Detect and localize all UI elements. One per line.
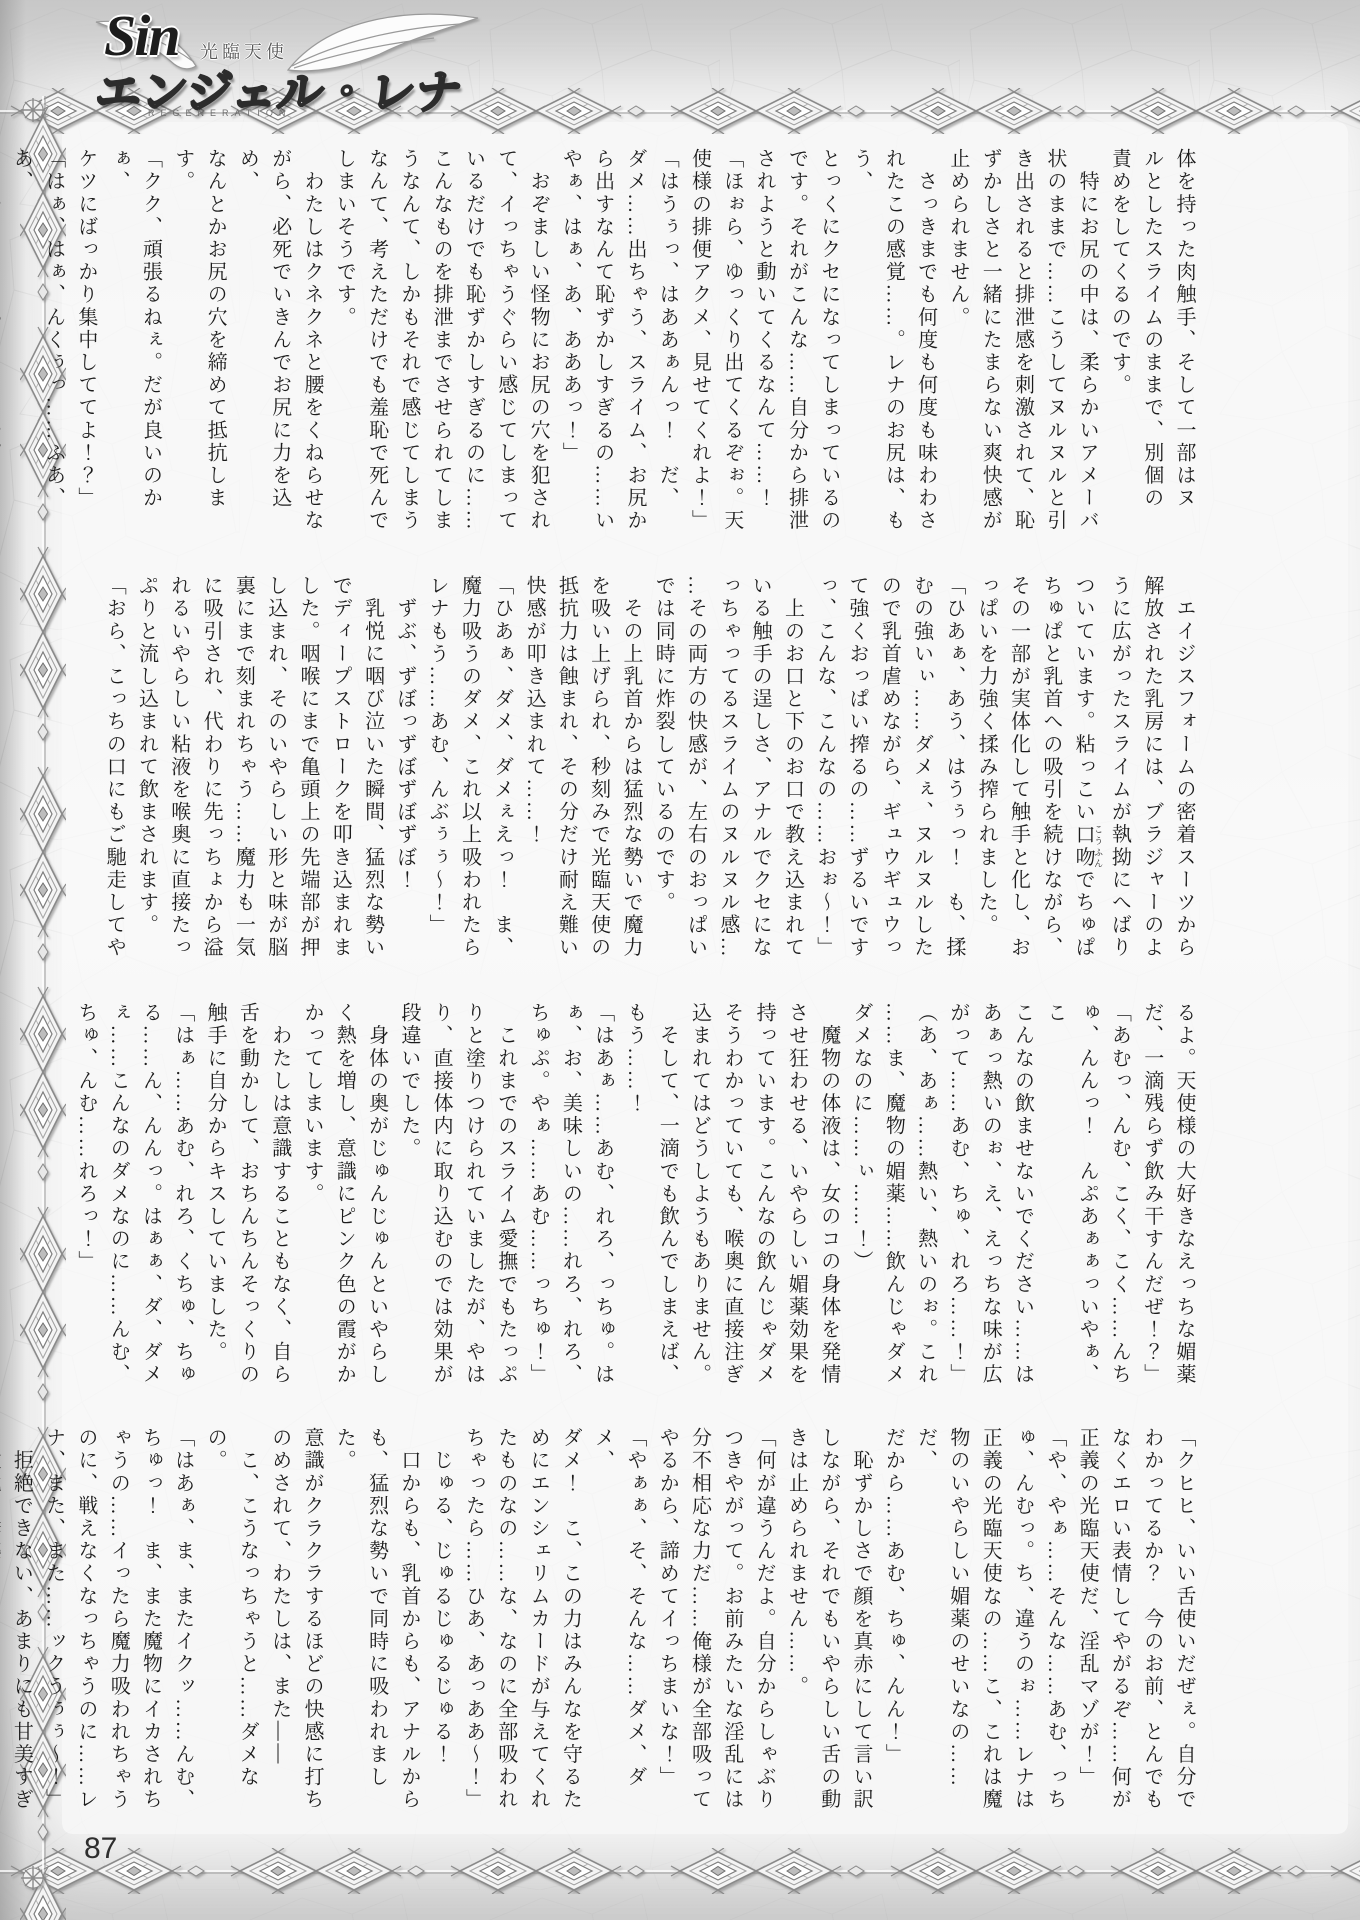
text-line: がら、必死でいきんでお尻に力を込め、 xyxy=(231,148,296,546)
text-line: 舌を動かして、おちんちんそっくりの xyxy=(231,1002,263,1400)
text-line: 「クヒヒ、いい舌使いだぜぇ。自分で xyxy=(1168,1427,1200,1825)
text-line: に吸引され、代わりに先っちょから溢 xyxy=(195,575,227,973)
logo-subtitle-text: REGENERATION xyxy=(148,108,291,118)
book-page: Sin 光臨天使 エンジェル・レナ REGENERATION 体を持った肉触手、… xyxy=(0,0,1360,1920)
text-line: 乳悦に咽び泣いた瞬間、猛烈な勢い xyxy=(356,575,388,973)
text-line: いる触手の逞しさ、アナルでクセにな xyxy=(744,575,776,973)
text-line: 解放された乳房には、ブラジャーのよ xyxy=(1135,575,1167,973)
text-line: とっくにクセになってしまっているの xyxy=(812,148,844,546)
text-line: 「あむっ、んむ、こく、こく……んち xyxy=(1103,1002,1135,1400)
text-line: るよ。天使様の大好きなえっちな媚薬 xyxy=(1168,1002,1200,1400)
ornament-bottom-border xyxy=(0,1848,1360,1894)
text-line: なんて、考えただけでも羞恥で死んで xyxy=(360,148,392,546)
text-line: つきやがって。お前みたいな淫乱には xyxy=(716,1427,748,1825)
text-line: 止められません。 xyxy=(942,148,974,546)
text-line: ああっ！？ やぁ、お、おっぱいも…… xyxy=(0,148,5,546)
text-line: 「はぁ……あむ、れろ、くちゅ、ちゅ xyxy=(167,1002,199,1400)
text-line: がって……あむ、ちゅ、れろ……！」 xyxy=(942,1002,974,1400)
page-number: 87 xyxy=(84,1832,117,1866)
text-line: りと塗りつけられていましたが、やは xyxy=(457,1002,489,1400)
text-line: 体を持った肉触手、そして一部はヌ xyxy=(1168,148,1200,546)
text-line: 「やぁぁ、そ、そんな……ダメ、ダメ、 xyxy=(586,1427,651,1825)
text-line: 「ひあぁ、あう、はうぅっ！ も、揉 xyxy=(938,575,970,973)
text-line: 「クク、頑張るねぇ。だが良いのかぁ、 xyxy=(102,148,167,546)
text-line: だ、一滴残らず飲み干すんだぜ！？」 xyxy=(1135,1002,1167,1400)
text-line: うに広がったスライムが執拗にへばり xyxy=(1103,575,1135,973)
text-line: しながら、それでもいやらしい舌の動 xyxy=(812,1427,844,1825)
text-line: 「はうぅっ、はああぁんっ！ だ、 xyxy=(651,148,683,546)
text-line: もう……！ xyxy=(619,1002,651,1400)
text-line: しまいそうです。 xyxy=(328,148,360,546)
text-band-3: るよ。天使様の大好きなえっちな媚薬だ、一滴残らず飲み干すんだぜ！？」「あむっ、ん… xyxy=(100,1002,1200,1400)
text-line: 正義の光臨天使だ、淫乱マゾが！」 xyxy=(1071,1427,1103,1825)
text-line: 魔物の体液は、女のコの身体を発情 xyxy=(812,1002,844,1400)
text-line: 分不相応な力だ……俺様が全部吸って xyxy=(683,1427,715,1825)
text-line: されようと動いてくるなんて……！ xyxy=(748,148,780,546)
text-line: たものなの……な、なのに全部吸われ xyxy=(489,1427,521,1825)
text-line: ちゅぱと乳首への吸引を続けながら、 xyxy=(1035,575,1067,973)
text-line: そして、一滴でも飲んでしまえば、 xyxy=(651,1002,683,1400)
text-line: 抵抗力は蝕まれ、その分だけ耐え難い xyxy=(550,575,582,973)
text-line: じゅる、じゅるじゅるじゅる！ xyxy=(425,1427,457,1825)
text-line: ゅ、んむっ。ち、違うのぉ……レナは xyxy=(1006,1427,1038,1825)
text-line: 持っています。こんなの飲んじゃダメ xyxy=(748,1002,780,1400)
text-line: きは止められません……。 xyxy=(780,1427,812,1825)
text-line: 段違いでした。 xyxy=(393,1002,425,1400)
text-line: ちゅぷ。やぁ……あむ……っちゅ！」 xyxy=(522,1002,554,1400)
text-line: でディープストロークを叩き込まれま xyxy=(324,575,356,973)
text-line: 「ほぉら、ゆっくり出てくるぞぉ。天 xyxy=(716,148,748,546)
text-line: 「はあぁ、ま、またイクッ……んむ、 xyxy=(167,1427,199,1825)
text-line: いるだけでも恥ずかしすぎるのに…… xyxy=(457,148,489,546)
text-line: 触手に自分からキスしていました。 xyxy=(199,1002,231,1400)
text-line: おぞましい怪物にお尻の穴を犯され xyxy=(522,148,554,546)
text-line: 使様の排便アクメ、見せてくれよ！」 xyxy=(683,148,715,546)
text-line: めにエンシェリムカードが与えてくれ xyxy=(522,1427,554,1825)
text-line: 「や、やぁ……そんな……あむ、っち xyxy=(1039,1427,1071,1825)
text-line: ダメ……出ちゃう、スライム、お尻か xyxy=(619,148,651,546)
text-line: ので乳首虐めながら、ギュウギュウっ xyxy=(873,575,905,973)
text-line: ずぶ、ずぼっずぼずぼずぼ！ xyxy=(389,575,421,973)
text-line: 拒絶できない、あまりにも甘美すぎ xyxy=(5,1427,37,1825)
text-line: だから……あむ、ちゅ、んん！」 xyxy=(877,1427,909,1825)
text-line: ついています。粘っこい口吻こうふんでちゅぱ xyxy=(1067,575,1103,973)
text-line: 「はあぁ……あむ、れろ、っちゅ。は xyxy=(586,1002,618,1400)
text-line: むの強いぃ……ダメぇ、ヌルヌルした xyxy=(905,575,937,973)
text-line: うなんて、しかもそれで感じてしまう xyxy=(393,148,425,546)
text-line: ら出すなんて恥ずかしすぎるの……い xyxy=(586,148,618,546)
text-line: ちゃったら……ひあ、あっああ～！」 xyxy=(457,1427,489,1825)
text-line: これまでのスライム愛撫でもたっぷ xyxy=(489,1002,521,1400)
text-line: っちゃってるスライムのヌルヌル感… xyxy=(712,575,744,973)
text-line: 裏にまで刻まれちゃう……魔力も一気 xyxy=(227,575,259,973)
text-line: （あ、あぁ……熱い、熱いのぉ。これ xyxy=(909,1002,941,1400)
text-line: こんなものを排泄までさせられてしま xyxy=(425,148,457,546)
text-line: し込まれ、そのいやらしい形と味が脳 xyxy=(259,575,291,973)
text-line: ルとしたスライムのままで、別個の xyxy=(1135,148,1167,546)
text-line: です。それがこんな……自分から排泄 xyxy=(780,148,812,546)
text-line: あぁっ熱いのぉ、え、えっちな味が広 xyxy=(974,1002,1006,1400)
text-line: 恥ずかしさで顔を真赤にして言い訳 xyxy=(845,1427,877,1825)
text-line: 快感が叩き込まれて……！ xyxy=(518,575,550,973)
text-line: 「はぁ、はぁ、んくぅっ……ふあ、あ、 xyxy=(5,148,70,546)
text-line: 意識がクラクラするほどの快感に打ち xyxy=(296,1427,328,1825)
text-line: ずかしさと一緒にたまらない爽快感が xyxy=(974,148,1006,546)
text-band-2: エイジスフォームの密着スーツから解放された乳房には、ブラジャーのように広がったス… xyxy=(100,575,1200,973)
text-line: やぁ、はぁ、あ、あああっ！」 xyxy=(554,148,586,546)
text-line: ケツにばっかり集中しててよ！？」 xyxy=(70,148,102,546)
text-line: き出されると排泄感を刺激されて、恥 xyxy=(1006,148,1038,546)
text-line: やるから、諦めてイっちまいな！」 xyxy=(651,1427,683,1825)
text-line: ダメ！ こ、この力はみんなを守るた xyxy=(554,1427,586,1825)
text-line: わたしはクネクネと腰をくねらせな xyxy=(296,148,328,546)
text-line: 身体の奥がじゅんじゅんといやらし xyxy=(360,1002,392,1400)
text-line: 物のいやらしい媚薬のせいなの……だ、 xyxy=(909,1427,974,1825)
text-line: っ、こんな、こんなの……おぉ～！」 xyxy=(808,575,840,973)
text-band-4: 「クヒヒ、いい舌使いだぜぇ。自分でわかってるか？ 今のお前、とんでもなくエロい表… xyxy=(100,1427,1200,1825)
text-line: その上乳首からは猛烈な勢いで魔力 xyxy=(615,575,647,973)
text-line: ゃうの……イったら魔力吸われちゃう xyxy=(102,1427,134,1825)
text-line: 特にお尻の中は、柔らかいアメーバ xyxy=(1071,148,1103,546)
series-logo: Sin 光臨天使 エンジェル・レナ REGENERATION xyxy=(78,8,498,126)
text-line: こんなの飲ませないでください……は xyxy=(1006,1002,1038,1400)
text-line: 状のままで……こうしてヌルヌルと引 xyxy=(1039,148,1071,546)
text-line: っぱいを力強く揉み搾られました。 xyxy=(970,575,1002,973)
text-line: れたこの感覚……。レナのお尻は、もう、 xyxy=(845,148,910,546)
text-line: させ狂わせる、いやらしい媚薬効果を xyxy=(780,1002,812,1400)
text-line: る……ん、んんっ。はぁぁ、ダ、ダメ xyxy=(134,1002,166,1400)
text-line: レナもう……あむ、んぶぅぅ～！」 xyxy=(421,575,453,973)
text-line: ちゅ、んむ……れろっ！」 xyxy=(70,1002,102,1400)
text-line: した。咽喉にまで亀頭上の先端部が押 xyxy=(292,575,324,973)
text-line: 「ひあぁ、ダメ、ダメぇえっ！ ま、 xyxy=(485,575,517,973)
text-line: のに、戦えなくなっちゃうのに……レ xyxy=(70,1427,102,1825)
text-line: 「おら、こっちの口にもご馳走してや xyxy=(98,575,130,973)
text-line: さっきまでも何度も何度も味わわさ xyxy=(909,148,941,546)
text-line: く熱を増し、意識にピンク色の霞がか xyxy=(328,1002,360,1400)
text-line: なんとかお尻の穴を締めて抵抗します。 xyxy=(167,148,232,546)
text-line: ……ま、魔物の媚薬……飲んじゃダメ xyxy=(877,1002,909,1400)
text-line: 責めをしてくるのです。 xyxy=(1103,148,1135,546)
text-line: ゅ、んんっ！ んぷあぁぁっいやぁ、こ xyxy=(1039,1002,1104,1400)
text-line: 口からも、乳首からも、アナルから xyxy=(393,1427,425,1825)
text-line: て強くおっぱい搾るの……ずるいです xyxy=(841,575,873,973)
text-line: ナ、また、また……ックうぅぅ～！」 xyxy=(37,1427,69,1825)
text-line: ぇ……こんなのダメなのに……んむ、 xyxy=(102,1002,134,1400)
text-band-1: 体を持った肉触手、そして一部はヌルとしたスライムのままで、別個の責めをしてくるの… xyxy=(100,148,1200,546)
text-line: ぁ、お、美味しいの……れろ、れろ、 xyxy=(554,1002,586,1400)
text-line: れるいやらしい粘液を喉奥に直接たっ xyxy=(163,575,195,973)
text-line: ダメなのに……ぃ……！） xyxy=(845,1002,877,1400)
text-line: ぷりと流し込まれて飲まされます。 xyxy=(130,575,162,973)
text-line: も、猛烈な勢いで同時に吸われました。 xyxy=(328,1427,393,1825)
text-line: り、直接体内に取り込むのでは効果が xyxy=(425,1002,457,1400)
text-line: エイジスフォームの密着スーツから xyxy=(1168,575,1200,973)
text-line: わかってるか？ 今のお前、とんでも xyxy=(1135,1427,1167,1825)
text-line: わたしは意識することもなく、自ら xyxy=(263,1002,295,1400)
text-line: のめされて、わたしは、また―― xyxy=(263,1427,295,1825)
text-line: 魔力吸うのダメ、これ以上吸われたら xyxy=(453,575,485,973)
text-line: て、イっちゃうぐらい感じてしまって xyxy=(489,148,521,546)
text-line: では同時に炸裂しているのです。 xyxy=(647,575,679,973)
text-line: を吸い上げられ、秒刻みで光臨天使の xyxy=(582,575,614,973)
text-line: …その両方の快感が、左右のおっぱい xyxy=(679,575,711,973)
text-line: 上のお口と下のお口で教え込まれて xyxy=(776,575,808,973)
text-line: その一部が実体化して触手と化し、お xyxy=(1002,575,1034,973)
text-line: 正義の光臨天使なの……こ、これは魔 xyxy=(974,1427,1006,1825)
text-line: ちゅっ！ ま、また魔物にイカされち xyxy=(134,1427,166,1825)
text-line: かってしまいます。 xyxy=(296,1002,328,1400)
text-line: なくエロい表情してやがるぞ……何が xyxy=(1103,1427,1135,1825)
text-line: こ、こうなっちゃうと……ダメなの。 xyxy=(199,1427,264,1825)
text-line: 込まれてはどうしようもありません。 xyxy=(683,1002,715,1400)
text-line: 「何が違うんだよ。自分からしゃぶり xyxy=(748,1427,780,1825)
text-line: そうわかっていても、喉奥に直接注ぎ xyxy=(716,1002,748,1400)
